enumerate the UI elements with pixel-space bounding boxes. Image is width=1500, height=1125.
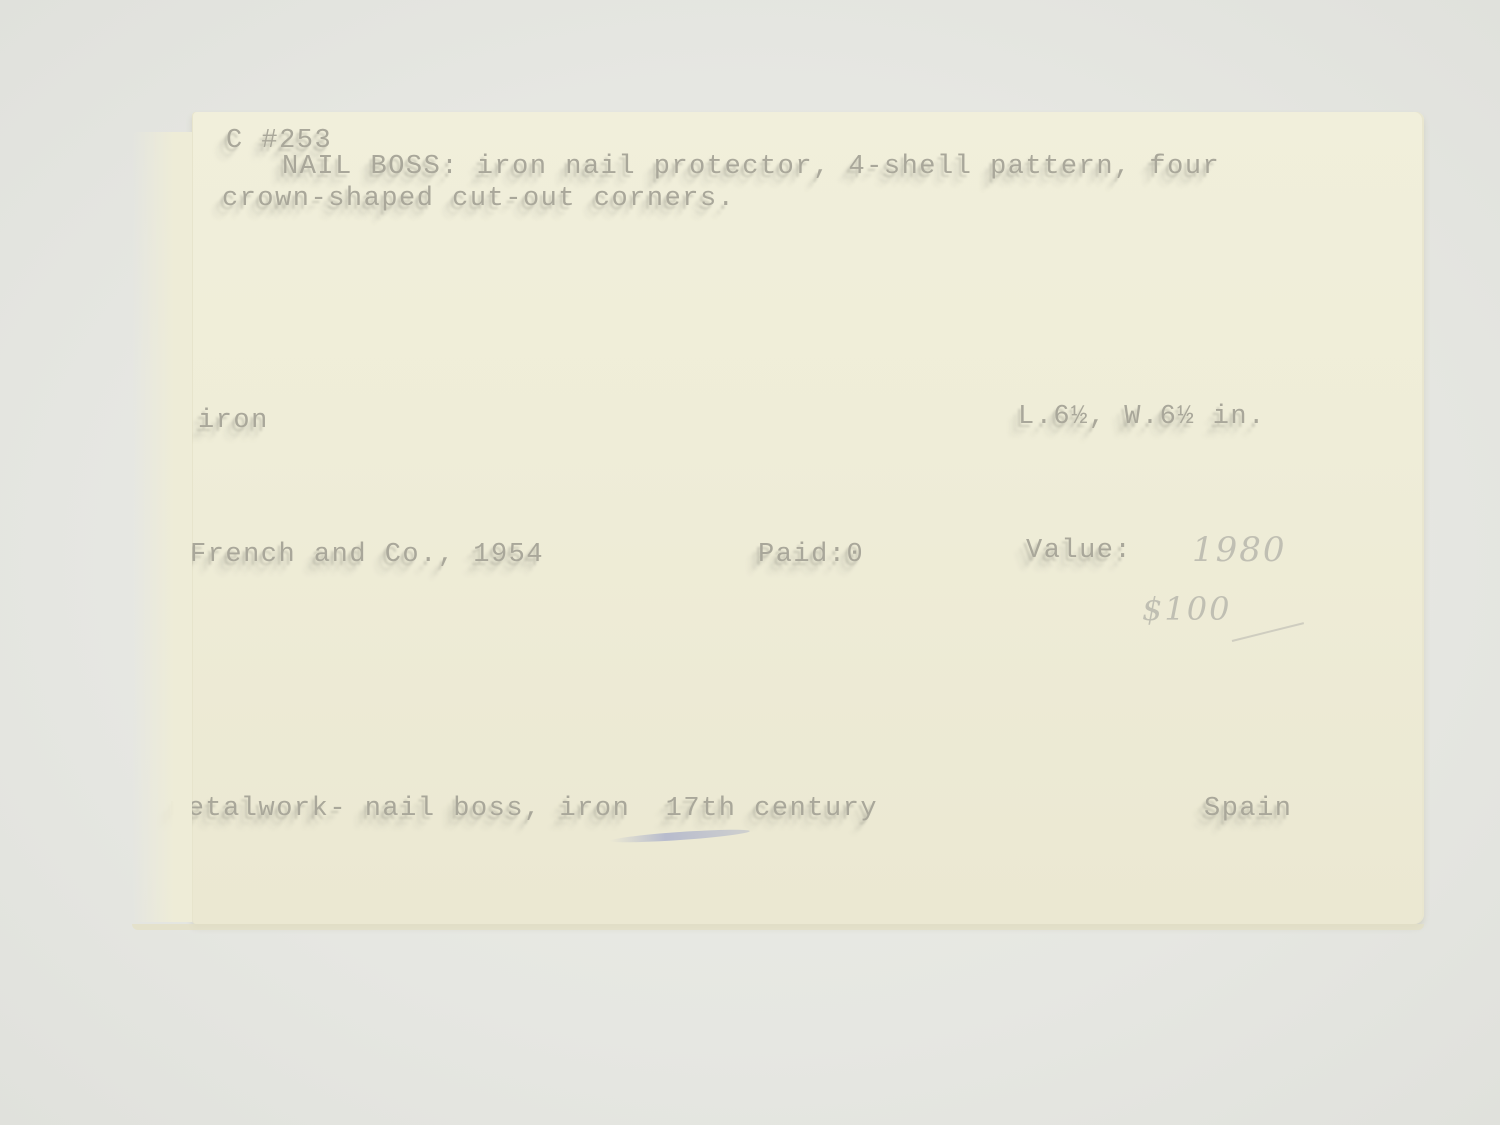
catalog-card: C #253 NAIL BOSS: iron nail protector, 4… — [192, 112, 1424, 924]
handwritten-value-note: $100 — [1142, 590, 1231, 628]
source-and-year: French and Co., 1954 — [190, 540, 544, 570]
origin: Spain — [1204, 794, 1293, 824]
paid-amount: Paid:0 — [758, 540, 864, 570]
dimensions: L.6½, W.6½ in. — [1018, 402, 1266, 432]
card-edge — [132, 924, 1424, 930]
material: iron — [198, 406, 269, 436]
description-line-2: crown-shaped cut-out corners. — [222, 184, 735, 214]
handwritten-value: 1980 — [1192, 530, 1287, 570]
description-line-1: NAIL BOSS: iron nail protector, 4-shell … — [282, 152, 1220, 182]
blue-pencil-underline — [610, 827, 750, 845]
handwritten-underline — [1232, 622, 1304, 642]
value-label: Value: — [1026, 536, 1132, 566]
classification: metalwork- nail boss, iron 17th century — [170, 794, 878, 824]
